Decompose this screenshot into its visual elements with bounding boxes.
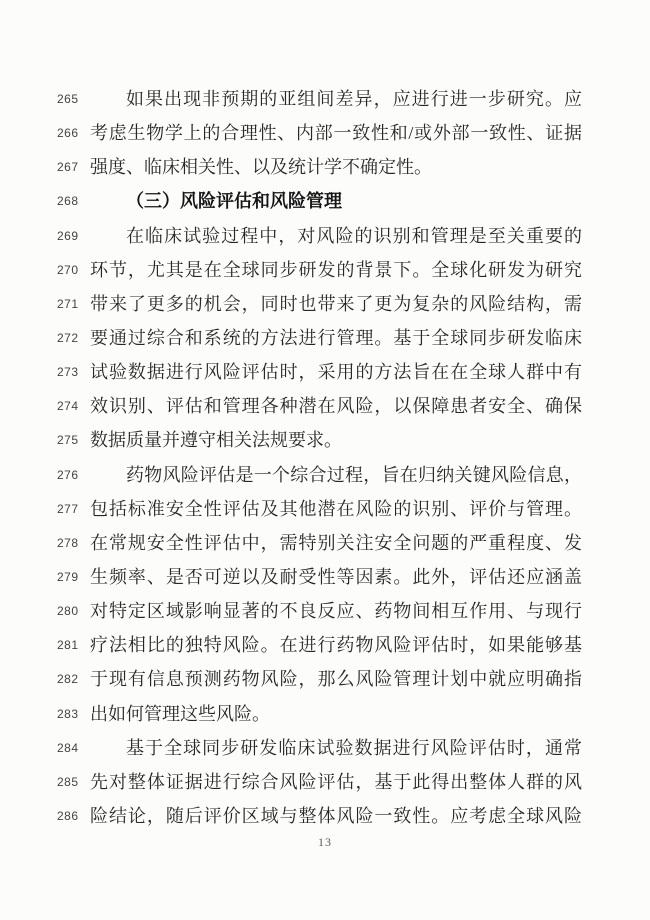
line-number: 278 [57,536,90,550]
text-line: 267 强度、临床相关性、以及统计学不确定性。 [57,150,582,184]
line-number: 275 [57,433,90,447]
text-line: 282 于现有信息预测药物风险，那么风险管理计划中就应明确指 [57,662,582,696]
line-number: 269 [57,229,90,243]
line-number: 271 [57,297,90,311]
line-text: 包括标准安全性评估及其他潜在风险的识别、评价与管理。 [90,492,582,526]
line-number: 280 [57,604,90,618]
line-text: 数据质量并遵守相关法规要求。 [90,423,582,457]
line-number: 286 [57,809,90,823]
text-line: 273 试验数据进行风险评估时，采用的方法旨在在全球人群中有 [57,355,582,389]
text-line: 274 效识别、评估和管理各种潜在风险，以保障患者安全、确保 [57,389,582,423]
text-line: 272 要通过综合和系统的方法进行管理。基于全球同步研发临床 [57,321,582,355]
text-line: 283 出如何管理这些风险。 [57,697,582,731]
line-number: 265 [57,92,90,106]
document-page: 265 如果出现非预期的亚组间差异，应进行进一步研究。应 266 考虑生物学上的… [0,0,650,920]
line-text: 对特定区域影响显著的不良反应、药物间相互作用、与现行 [90,594,582,628]
text-line: 266 考虑生物学上的合理性、内部一致性和/或外部一致性、证据 [57,116,582,150]
line-text: 考虑生物学上的合理性、内部一致性和/或外部一致性、证据 [90,116,582,150]
text-line: 275 数据质量并遵守相关法规要求。 [57,423,582,457]
text-line: 270 环节，尤其是在全球同步研发的背景下。全球化研发为研究 [57,253,582,287]
text-line: 265 如果出现非预期的亚组间差异，应进行进一步研究。应 [57,82,582,116]
line-text: 在临床试验过程中，对风险的识别和管理是至关重要的 [90,219,582,253]
line-text: 试验数据进行风险评估时，采用的方法旨在在全球人群中有 [90,355,582,389]
line-number: 268 [57,194,90,208]
line-text: 带来了更多的机会，同时也带来了更为复杂的风险结构，需 [90,287,582,321]
line-text: 险结论，随后评价区域与整体风险一致性。应考虑全球风险 [90,799,582,833]
line-text: 出如何管理这些风险。 [90,697,582,731]
line-text: 于现有信息预测药物风险，那么风险管理计划中就应明确指 [90,662,582,696]
line-number: 274 [57,399,90,413]
text-line: 285 先对整体证据进行综合风险评估，基于此得出整体人群的风 [57,765,582,799]
text-line: 280 对特定区域影响显著的不良反应、药物间相互作用、与现行 [57,594,582,628]
text-line: 268 （三）风险评估和风险管理 [57,184,582,218]
text-line: 281 疗法相比的独特风险。在进行药物风险评估时，如果能够基 [57,628,582,662]
text-line: 271 带来了更多的机会，同时也带来了更为复杂的风险结构，需 [57,287,582,321]
line-number: 277 [57,502,90,516]
line-number: 276 [57,468,90,482]
text-line: 277 包括标准安全性评估及其他潜在风险的识别、评价与管理。 [57,492,582,526]
text-line: 279 生频率、是否可逆以及耐受性等因素。此外，评估还应涵盖 [57,560,582,594]
line-text: 先对整体证据进行综合风险评估，基于此得出整体人群的风 [90,765,582,799]
line-number: 270 [57,263,90,277]
line-number: 273 [57,365,90,379]
line-text: 生频率、是否可逆以及耐受性等因素。此外，评估还应涵盖 [90,560,582,594]
text-line: 278 在常规安全性评估中，需特别关注安全问题的严重程度、发 [57,526,582,560]
line-number: 284 [57,741,90,755]
page-number: 13 [0,835,650,850]
line-number: 272 [57,331,90,345]
line-text: 如果出现非预期的亚组间差异，应进行进一步研究。应 [90,82,582,116]
text-line: 286 险结论，随后评价区域与整体风险一致性。应考虑全球风险 [57,799,582,833]
line-text: 要通过综合和系统的方法进行管理。基于全球同步研发临床 [90,321,582,355]
line-number: 281 [57,638,90,652]
text-line: 276 药物风险评估是一个综合过程，旨在归纳关键风险信息， [57,458,582,492]
line-text: 环节，尤其是在全球同步研发的背景下。全球化研发为研究 [90,253,582,287]
line-number: 267 [57,160,90,174]
text-line: 269 在临床试验过程中，对风险的识别和管理是至关重要的 [57,219,582,253]
document-body: 265 如果出现非预期的亚组间差异，应进行进一步研究。应 266 考虑生物学上的… [57,82,582,833]
line-text: 疗法相比的独特风险。在进行药物风险评估时，如果能够基 [90,628,582,662]
line-text: 基于全球同步研发临床试验数据进行风险评估时，通常 [90,731,582,765]
line-number: 266 [57,126,90,140]
line-number: 282 [57,672,90,686]
line-text: 在常规安全性评估中，需特别关注安全问题的严重程度、发 [90,526,582,560]
line-number: 283 [57,707,90,721]
section-heading: （三）风险评估和风险管理 [90,184,582,218]
line-number: 279 [57,570,90,584]
text-line: 284 基于全球同步研发临床试验数据进行风险评估时，通常 [57,731,582,765]
line-number: 285 [57,775,90,789]
line-text: 强度、临床相关性、以及统计学不确定性。 [90,150,582,184]
line-text: 药物风险评估是一个综合过程，旨在归纳关键风险信息， [90,458,582,492]
line-text: 效识别、评估和管理各种潜在风险，以保障患者安全、确保 [90,389,582,423]
